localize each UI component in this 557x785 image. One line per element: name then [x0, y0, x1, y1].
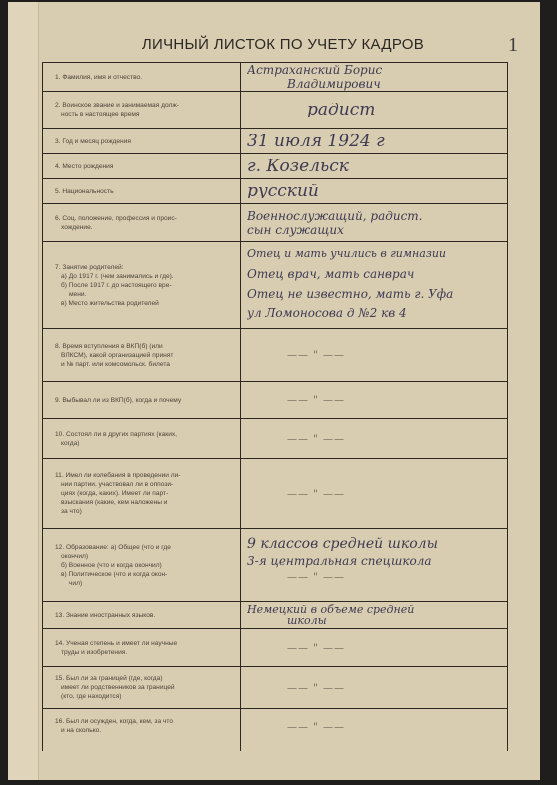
answer-12: 9 классов средней школы 3-я центральная … [241, 529, 508, 602]
form-row-8: 8. Время вступления в ВКП(б) (или ВЛКСМ)… [43, 329, 508, 382]
answer-13: Немецкий в объеме средней школы [241, 602, 508, 629]
page-fold-edge [8, 2, 39, 780]
answer-7: Отец и мать учились в гимназии Отец врач… [241, 242, 508, 329]
question-8: 8. Время вступления в ВКП(б) (или ВЛКСМ)… [43, 329, 241, 382]
answer-3: 31 июля 1924 г [241, 129, 508, 154]
page-number: 1 [508, 34, 518, 57]
answer-1: Астраханский Борис Владимирович [241, 63, 508, 92]
question-4: 4. Место рождения [43, 154, 241, 179]
answer-4: г. Козельск [241, 154, 508, 179]
form-row-11: 11. Имел ли колебания в проведении ли- н… [43, 459, 508, 529]
question-16: 16. Был ли осужден, когда, кем, за что и… [43, 709, 241, 751]
answer-15: —— " —— [241, 667, 508, 709]
question-10: 10. Состоял ли в других партиях (каких, … [43, 419, 241, 459]
question-7: 7. Занятие родителей: а) До 1917 г. (чем… [43, 242, 241, 329]
form-row-4: 4. Место рождения г. Козельск [43, 154, 508, 179]
form-title: ЛИЧНЫЙ ЛИСТОК ПО УЧЕТУ КАДРОВ [118, 36, 448, 53]
answer-6: Военнослужащий, радист. сын служащих [241, 204, 508, 242]
personnel-form-table: 1. Фамилия, имя и отчество. Астраханский… [42, 62, 508, 751]
form-row-6: 6. Соц. положение, профессия и проис- хо… [43, 204, 508, 242]
question-12: 12. Образование: а) Общее (что и где око… [43, 529, 241, 602]
question-3: 3. Год и месяц рождения [43, 129, 241, 154]
form-row-12: 12. Образование: а) Общее (что и где око… [43, 529, 508, 602]
form-row-14: 14. Ученая степень и имеет ли научные тр… [43, 629, 508, 667]
answer-16: —— " —— [241, 709, 508, 751]
form-row-10: 10. Состоял ли в других партиях (каких, … [43, 419, 508, 459]
form-row-5: 5. Национальность русский [43, 179, 508, 204]
form-row-15: 15. Был ли за границей (где, когда) имее… [43, 667, 508, 709]
question-13: 13. Знание иностранных языков. [43, 602, 241, 629]
form-row-16: 16. Был ли осужден, когда, кем, за что и… [43, 709, 508, 751]
form-page: ЛИЧНЫЙ ЛИСТОК ПО УЧЕТУ КАДРОВ 1 1. Фамил… [8, 2, 540, 780]
answer-11: —— " —— [241, 459, 508, 529]
answer-2: радист [241, 92, 508, 129]
question-11: 11. Имел ли колебания в проведении ли- н… [43, 459, 241, 529]
form-row-1: 1. Фамилия, имя и отчество. Астраханский… [43, 63, 508, 92]
form-row-7: 7. Занятие родителей: а) До 1917 г. (чем… [43, 242, 508, 329]
question-1: 1. Фамилия, имя и отчество. [43, 63, 241, 92]
answer-14: —— " —— [241, 629, 508, 667]
question-15: 15. Был ли за границей (где, когда) имее… [43, 667, 241, 709]
form-row-3: 3. Год и месяц рождения 31 июля 1924 г [43, 129, 508, 154]
question-2: 2. Воинское звание и занимаемая долж- но… [43, 92, 241, 129]
question-5: 5. Национальность [43, 179, 241, 204]
answer-5: русский [241, 179, 508, 204]
form-row-13: 13. Знание иностранных языков. Немецкий … [43, 602, 508, 629]
question-6: 6. Соц. положение, профессия и проис- хо… [43, 204, 241, 242]
form-row-2: 2. Воинское звание и занимаемая долж- но… [43, 92, 508, 129]
answer-10: —— " —— [241, 419, 508, 459]
question-14: 14. Ученая степень и имеет ли научные тр… [43, 629, 241, 667]
form-row-9: 9. Выбывал ли из ВКП(б), когда и почему … [43, 382, 508, 419]
question-9: 9. Выбывал ли из ВКП(б), когда и почему [43, 382, 241, 419]
answer-9: —— " —— [241, 382, 508, 419]
answer-8: —— " —— [241, 329, 508, 382]
